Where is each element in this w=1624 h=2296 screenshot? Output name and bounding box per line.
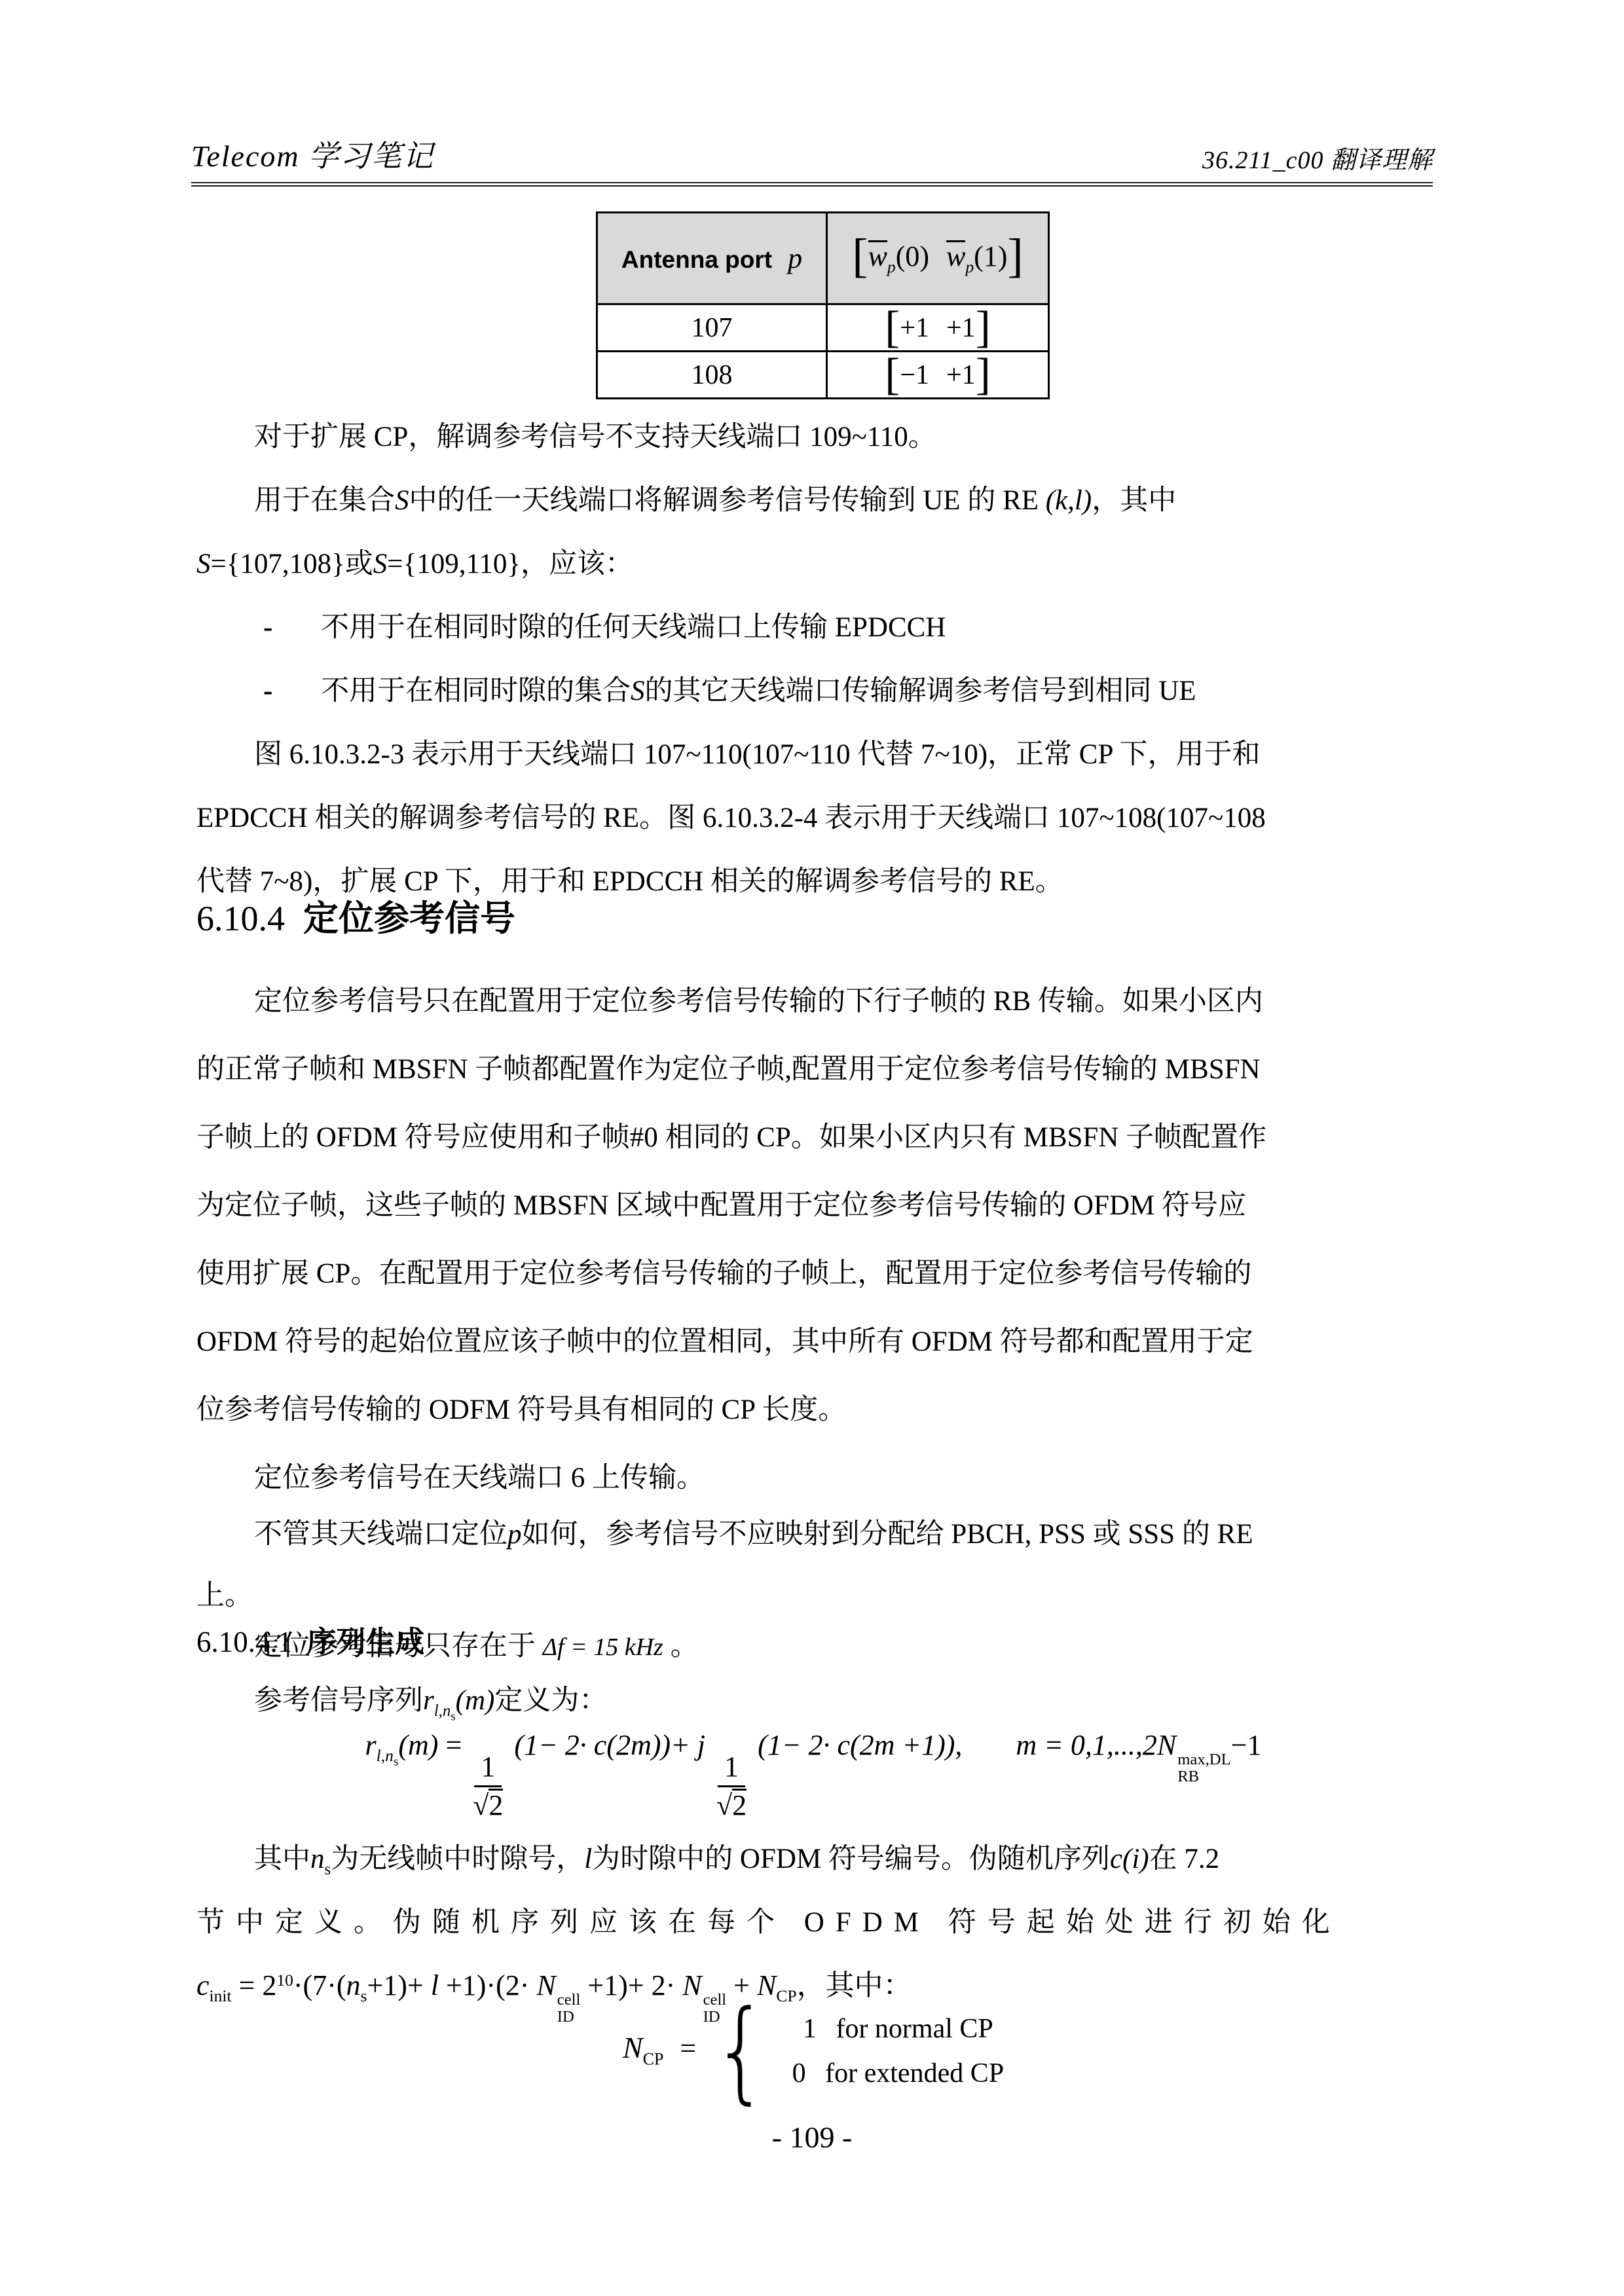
bullet-dash: - <box>263 659 272 724</box>
bullet-item-same-ue: - 不用于在相同时隙的集合S的其它天线端口传输解调参考信号到相同 UE <box>196 659 1430 724</box>
para-set-line2: S={107,108}或S={109,110}，应该： <box>196 532 1430 597</box>
para-seq-intro: 参考信号序列rl,ns(m)定义为： <box>196 1668 1488 1734</box>
case-normal-cp: 1for normal CP <box>773 2015 1004 2043</box>
para-prs-line2: 的正常子帧和 MBSFN 子帧都配置作为定位子帧,配置用于定位参考信号传输的 M… <box>196 1037 1430 1102</box>
section-heading-6-10-4: 6.10.4定位参考信号 <box>196 896 515 941</box>
antenna-port-var: p <box>788 242 802 274</box>
header-left-title: Telecom 学习笔记 <box>191 132 434 175</box>
weight-vector-header: [wp(0)wp(1)] <box>852 240 1023 272</box>
para-prs-line5: 使用扩展 CP。在配置用于定位参考信号传输的子帧上，配置用于定位参考信号传输的 <box>196 1241 1430 1307</box>
table-header-row: Antenna port p [wp(0)wp(1)] <box>597 213 1049 304</box>
formula-cinit: cinit = 210·(7·(ns+1)+ l +1)·(2· NcellID… <box>196 1948 1430 2013</box>
page-header: Telecom 学习笔记 36.211_c00 翻译理解 <box>191 128 1433 187</box>
r-subscript: l,ns <box>434 1702 456 1720</box>
antenna-port-table: Antenna port p [wp(0)wp(1)] 107 [+1+1] 1… <box>596 211 1050 399</box>
para-where-line1: 其中ns为无线帧中时隙号，l为时隙中的 OFDM 符号编号。伪随机序列c(i)在… <box>196 1827 1488 1892</box>
antenna-port-label: Antenna port <box>621 246 772 273</box>
para-prs-line6: OFDM 符号的起始位置应该子帧中的位置相同，其中所有 OFDM 符号都和配置用… <box>196 1309 1430 1375</box>
bullet-dash: - <box>263 595 272 661</box>
para-prs-line3: 子帧上的 OFDM 符号应使用和子帧#0 相同的 CP。如果小区内只有 MBSF… <box>196 1105 1430 1171</box>
weight-cell: [−1+1] <box>827 352 1049 399</box>
para-prs-line1: 定位参考信号只在配置用于定位参考信号传输的下行子帧的 RB 传输。如果小区内 <box>196 969 1488 1034</box>
formula-ncp: NCP = { 1for normal CP 0for extended CP <box>196 2015 1430 2087</box>
fraction-1-over-sqrt2: 1√2 <box>473 1751 503 1822</box>
para-extended-cp: 对于扩展 CP，解调参考信号不支持天线端口 109~110。 <box>196 405 1488 470</box>
page-number: - 109 - <box>0 2120 1624 2155</box>
cases-group: { 1for normal CP 0for extended CP <box>712 2015 1004 2087</box>
para-where-line2: 节中定义。伪随机序列应该在每个 OFDM 符号起始处进行初始化 <box>196 1890 1430 1956</box>
header-right-title: 36.211_c00 翻译理解 <box>1202 139 1433 175</box>
para-set-line1: 用于在集合S中的任一天线端口将解调参考信号传输到 UE 的 RE (k,l)，其… <box>196 468 1488 534</box>
para-fig-line1: 图 6.10.3.2-3 表示用于天线端口 107~110(107~110 代替… <box>196 722 1488 788</box>
port-cell: 107 <box>597 304 827 352</box>
table-row: 108 [−1+1] <box>597 352 1049 399</box>
para-port6: 定位参考信号在天线端口 6 上传输。 <box>196 1446 1488 1511</box>
table-row: 107 [+1+1] <box>597 304 1049 352</box>
section-heading-6-10-4-1: 6.10.4.1序列生成 <box>196 1622 424 1662</box>
formula-reference-sequence: rl,ns(m) = 1√2 (1− 2· c(2m))+ j 1√2 (1− … <box>196 1728 1430 1822</box>
para-fig-line2: EPDCCH 相关的解调参考信号的 RE。图 6.10.3.2-4 表示用于天线… <box>196 786 1430 851</box>
case-extended-cp: 0for extended CP <box>773 2060 1004 2087</box>
table-header-cell-port: Antenna port p <box>597 213 827 304</box>
para-map-line1: 不管其天线端口定位p如何，参考信号不应映射到分配给 PBCH, PSS 或 SS… <box>196 1502 1488 1567</box>
para-prs-line4: 为定位子帧，这些子帧的 MBSFN 区域中配置用于定位参考信号传输的 OFDM … <box>196 1173 1430 1239</box>
weight-cell: [+1+1] <box>827 304 1049 352</box>
para-prs-line7: 位参考信号传输的 ODFM 符号具有相同的 CP 长度。 <box>196 1377 1430 1443</box>
fraction-1-over-sqrt2: 1√2 <box>716 1751 747 1822</box>
table-header-cell-weights: [wp(0)wp(1)] <box>827 213 1049 304</box>
document-page: Telecom 学习笔记 36.211_c00 翻译理解 Antenna por… <box>0 0 1624 2296</box>
port-cell: 108 <box>597 352 827 399</box>
bullet-item-epdcch: - 不用于在相同时隙的任何天线端口上传输 EPDCCH <box>196 595 1430 661</box>
N-RB-max-DL: max,DLRB <box>1177 1751 1230 1785</box>
